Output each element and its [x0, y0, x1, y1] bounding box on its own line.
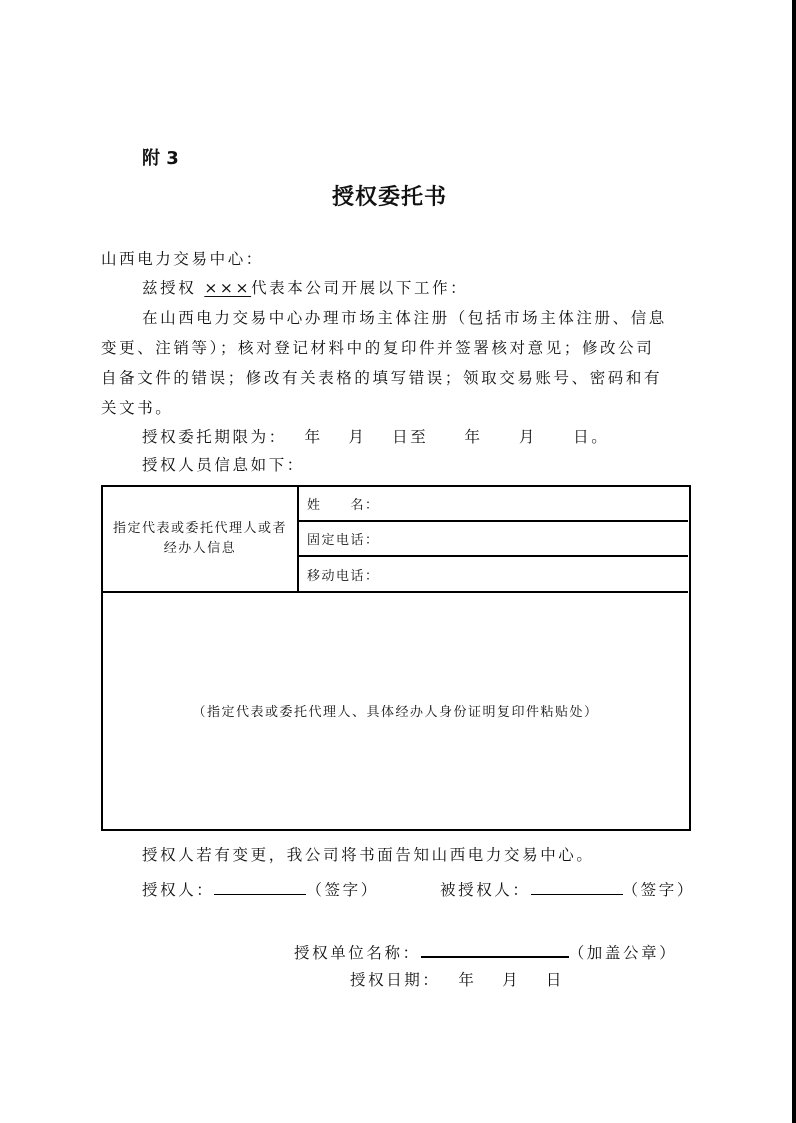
grantee-signature: 被授权人：（签字） [440, 878, 695, 900]
unit-label: 授权单位名称： [294, 944, 421, 962]
grantee-label: 被授权人： [440, 881, 531, 899]
authorization-suffix: 代表本公司开展以下工作： [251, 279, 468, 297]
page-title: 授权委托书 [332, 180, 447, 211]
change-notice: 授权人若有变更，我公司将书面告知山西电力交易中心。 [142, 843, 595, 865]
unit-name-line[interactable] [421, 940, 569, 958]
unit-name: 授权单位名称：（加盖公章） [294, 940, 677, 963]
page-edge-bar [792, 0, 796, 1123]
grantor-label: 授权人： [142, 881, 214, 899]
appendix-label: 附 3 [142, 144, 179, 170]
unit-suffix: （加盖公章） [569, 944, 678, 962]
scope-line-3: 自备文件的错误；修改有关表格的填写错误；领取交易账号、密码和有 [101, 366, 662, 388]
info-type-label: 指定代表或委托代理人或者经办人信息 [103, 487, 299, 593]
info-intro: 授权人员信息如下： [142, 453, 305, 475]
name-field[interactable]: 姓 名： [299, 487, 688, 522]
landline-field[interactable]: 固定电话： [299, 522, 688, 557]
authorization-period: 授权委托期限为： 年 月 日至 年 月 日。 [142, 425, 609, 447]
grantor-signature-line[interactable] [214, 878, 306, 895]
scope-line-2: 变更、注销等）；核对登记材料中的复印件并签署核对意见；修改公司 [101, 336, 654, 358]
authorization-date: 授权日期： 年 月 日 [350, 968, 564, 990]
mobile-field[interactable]: 移动电话： [299, 557, 688, 593]
personnel-info-table: 指定代表或委托代理人或者经办人信息 姓 名： 固定电话： 移动电话： （指定代表… [101, 485, 691, 831]
id-copy-paste-area: （指定代表或委托代理人、具体经办人身份证明复印件粘贴处） [103, 593, 688, 828]
authorization-prefix: 兹授权 [142, 279, 196, 297]
authorized-name: ××× [196, 279, 251, 297]
grantor-signature: 授权人：（签字） [142, 878, 379, 900]
grantee-signature-line[interactable] [531, 878, 623, 895]
authorization-line: 兹授权×××代表本公司开展以下工作： [142, 276, 468, 298]
grantee-suffix: （签字） [623, 881, 695, 899]
grantor-suffix: （签字） [306, 881, 378, 899]
scope-line-1: 在山西电力交易中心办理市场主体注册（包括市场主体注册、信息 [142, 306, 667, 328]
scope-line-4: 关文书。 [101, 396, 173, 418]
addressee: 山西电力交易中心： [101, 247, 264, 269]
